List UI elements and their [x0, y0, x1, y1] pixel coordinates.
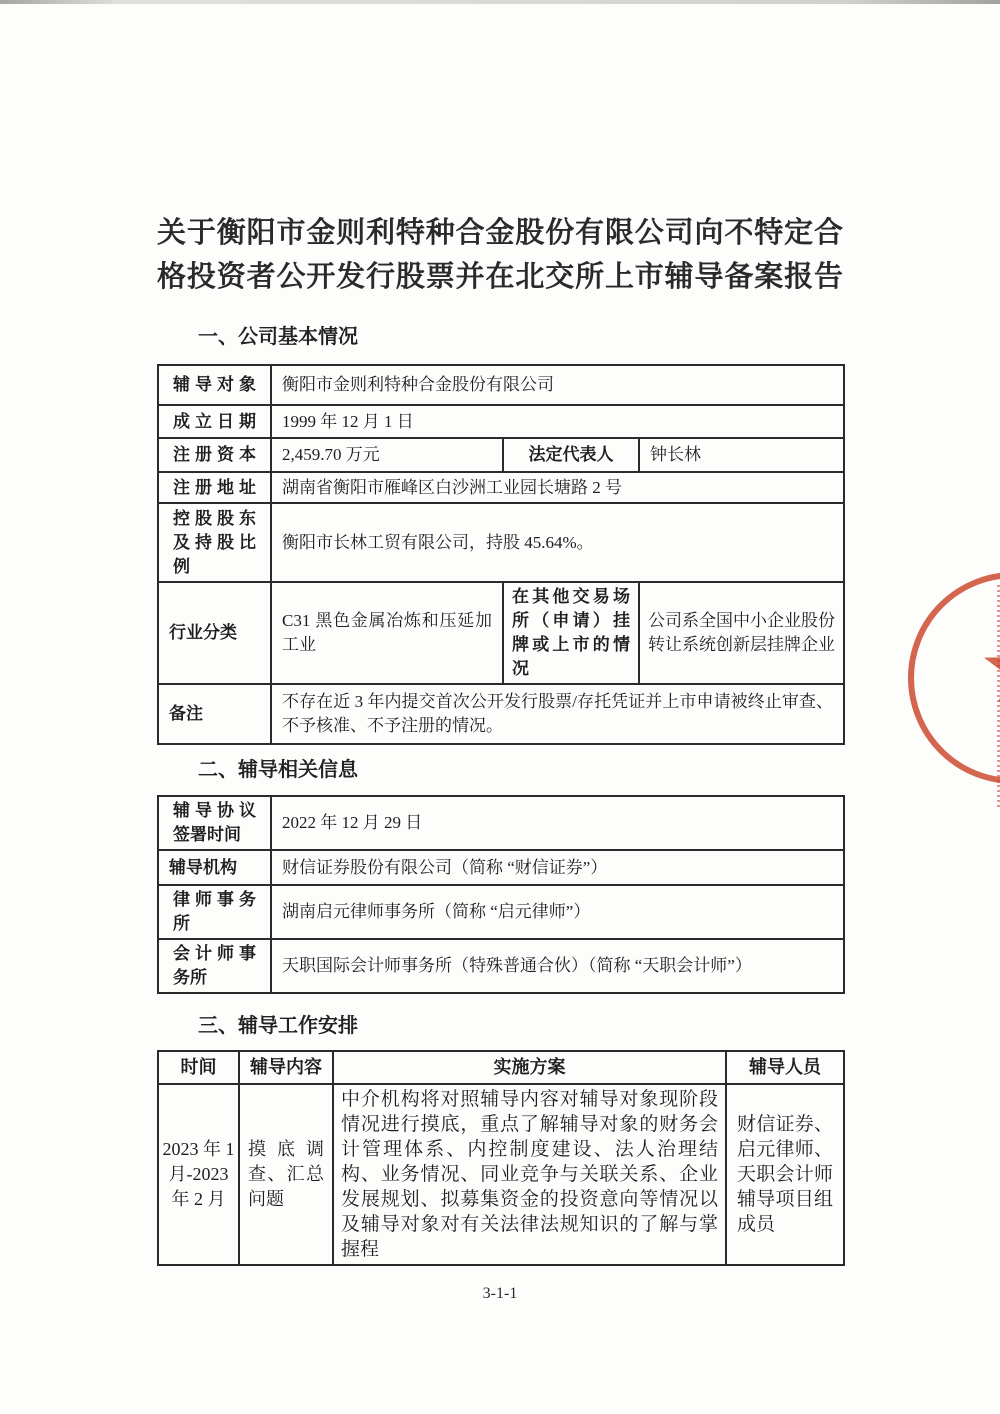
law-firm-label: 律师事务所: [158, 885, 271, 939]
company-seal: 财信证券股份有限公司: [905, 555, 1000, 815]
table-row: 辅导机构 财信证券股份有限公司（简称 “财信证券”）: [158, 850, 844, 885]
other-listing-value: 公司系全国中小企业股份转让系统创新层挂牌企业: [639, 582, 844, 684]
sponsor-institution-value: 财信证券股份有限公司（简称 “财信证券”）: [271, 850, 844, 885]
registered-address-value: 湖南省衡阳市雁峰区白沙洲工业园长塘路 2 号: [271, 472, 844, 503]
accounting-firm-value: 天职国际会计师事务所（特殊普通合伙）（简称 “天职会计师”）: [271, 939, 844, 993]
col-header-time: 时间: [158, 1051, 239, 1084]
table-row: 成立日期 1999 年 12 月 1 日: [158, 405, 844, 438]
controlling-shareholder-label: 控股股东及持股比例: [158, 503, 271, 582]
work-plan-implementation: 中介机构将对照辅导内容对辅导对象现阶段情况进行摸底，重点了解辅导对象的财务会计管…: [333, 1084, 726, 1265]
section-heading-work-plan: 三、辅导工作安排: [198, 1009, 358, 1038]
seal-graphic: 财信证券股份有限公司: [905, 555, 1000, 815]
col-header-plan: 实施方案: [333, 1051, 726, 1084]
law-firm-value: 湖南启元律师事务所（简称 “启元律师”）: [271, 885, 844, 939]
col-header-staff: 辅导人员: [726, 1051, 844, 1084]
table-row: 辅导对象 衡阳市金则利特种合金股份有限公司: [158, 365, 844, 405]
guidance-info-table: 辅导协议签署时间 2022 年 12 月 29 日 辅导机构 财信证券股份有限公…: [157, 795, 845, 994]
table-row: 控股股东及持股比例 衡阳市长林工贸有限公司，持股 45.64%。: [158, 503, 844, 582]
document-title: 关于衡阳市金则利特种合金股份有限公司向不特定合 格投资者公开发行股票并在北交所上…: [157, 211, 843, 299]
col-header-content: 辅导内容: [239, 1051, 333, 1084]
industry-class-label: 行业分类: [158, 582, 271, 684]
guidance-target-value: 衡阳市金则利特种合金股份有限公司: [271, 365, 844, 405]
table-row: 注册资本 2,459.70 万元 法定代表人 钟长林: [158, 438, 844, 472]
legal-representative-label: 法定代表人: [503, 438, 639, 472]
registered-address-label: 注册地址: [158, 472, 271, 503]
table-row: 行业分类 C31 黑色金属冶炼和压延加工业 在其他交易场所（申请）挂牌或上市的情…: [158, 582, 844, 684]
table-row: 律师事务所 湖南启元律师事务所（简称 “启元律师”）: [158, 885, 844, 939]
sponsor-institution-label: 辅导机构: [158, 850, 271, 885]
agreement-date-label: 辅导协议签署时间: [158, 796, 271, 850]
table-row: 辅导协议签署时间 2022 年 12 月 29 日: [158, 796, 844, 850]
legal-representative-value: 钟长林: [639, 438, 844, 472]
table-row: 备注 不存在近 3 年内提交首次公开发行股票/存托凭证并上市申请被终止审查、不予…: [158, 684, 844, 744]
work-plan-table: 时间 辅导内容 实施方案 辅导人员 2023 年 1 月-2023 年 2 月 …: [157, 1050, 845, 1266]
title-line-1: 关于衡阳市金则利特种合金股份有限公司向不特定合: [157, 211, 843, 255]
industry-class-value: C31 黑色金属冶炼和压延加工业: [271, 582, 503, 684]
controlling-shareholder-value: 衡阳市长林工贸有限公司，持股 45.64%。: [271, 503, 844, 582]
work-plan-staff: 财信证券、启元律师、天职会计师辅导项目组成员: [726, 1084, 844, 1265]
work-plan-content: 摸底调查、汇总问题: [239, 1084, 333, 1265]
footer-page-number: 3-1-1: [157, 1285, 843, 1303]
remarks-value: 不存在近 3 年内提交首次公开发行股票/存托凭证并上市申请被终止审查、不予核准、…: [271, 684, 844, 744]
seal-arc-text: 财信证券股份有限公司: [911, 733, 1000, 815]
founded-date-value: 1999 年 12 月 1 日: [271, 405, 844, 438]
agreement-date-value: 2022 年 12 月 29 日: [271, 796, 844, 850]
work-plan-time: 2023 年 1 月-2023 年 2 月: [158, 1084, 239, 1265]
seal-ring: [911, 575, 1000, 781]
company-basics-table: 辅导对象 衡阳市金则利特种合金股份有限公司 成立日期 1999 年 12 月 1…: [157, 364, 845, 745]
accounting-firm-label: 会计师事务所: [158, 939, 271, 993]
registered-capital-value: 2,459.70 万元: [271, 438, 503, 472]
title-line-2: 格投资者公开发行股票并在北交所上市辅导备案报告: [157, 255, 843, 299]
section-heading-company-basics: 一、公司基本情况: [198, 320, 358, 349]
table-row: 注册地址 湖南省衡阳市雁峰区白沙洲工业园长塘路 2 号: [158, 472, 844, 503]
table-row: 会计师事务所 天职国际会计师事务所（特殊普通合伙）（简称 “天职会计师”）: [158, 939, 844, 993]
founded-date-label: 成立日期: [158, 405, 271, 438]
table-header-row: 时间 辅导内容 实施方案 辅导人员: [158, 1051, 844, 1084]
guidance-target-label: 辅导对象: [158, 365, 271, 405]
registered-capital-label: 注册资本: [158, 438, 271, 472]
document-page: 关于衡阳市金则利特种合金股份有限公司向不特定合 格投资者公开发行股票并在北交所上…: [0, 0, 1000, 1414]
remarks-label: 备注: [158, 684, 271, 744]
table-row: 2023 年 1 月-2023 年 2 月 摸底调查、汇总问题 中介机构将对照辅…: [158, 1084, 844, 1265]
section-heading-guidance-info: 二、辅导相关信息: [198, 753, 358, 782]
other-listing-label: 在其他交易场所（申请）挂牌或上市的情况: [503, 582, 639, 684]
scan-edge-artifact: [0, 0, 1000, 4]
